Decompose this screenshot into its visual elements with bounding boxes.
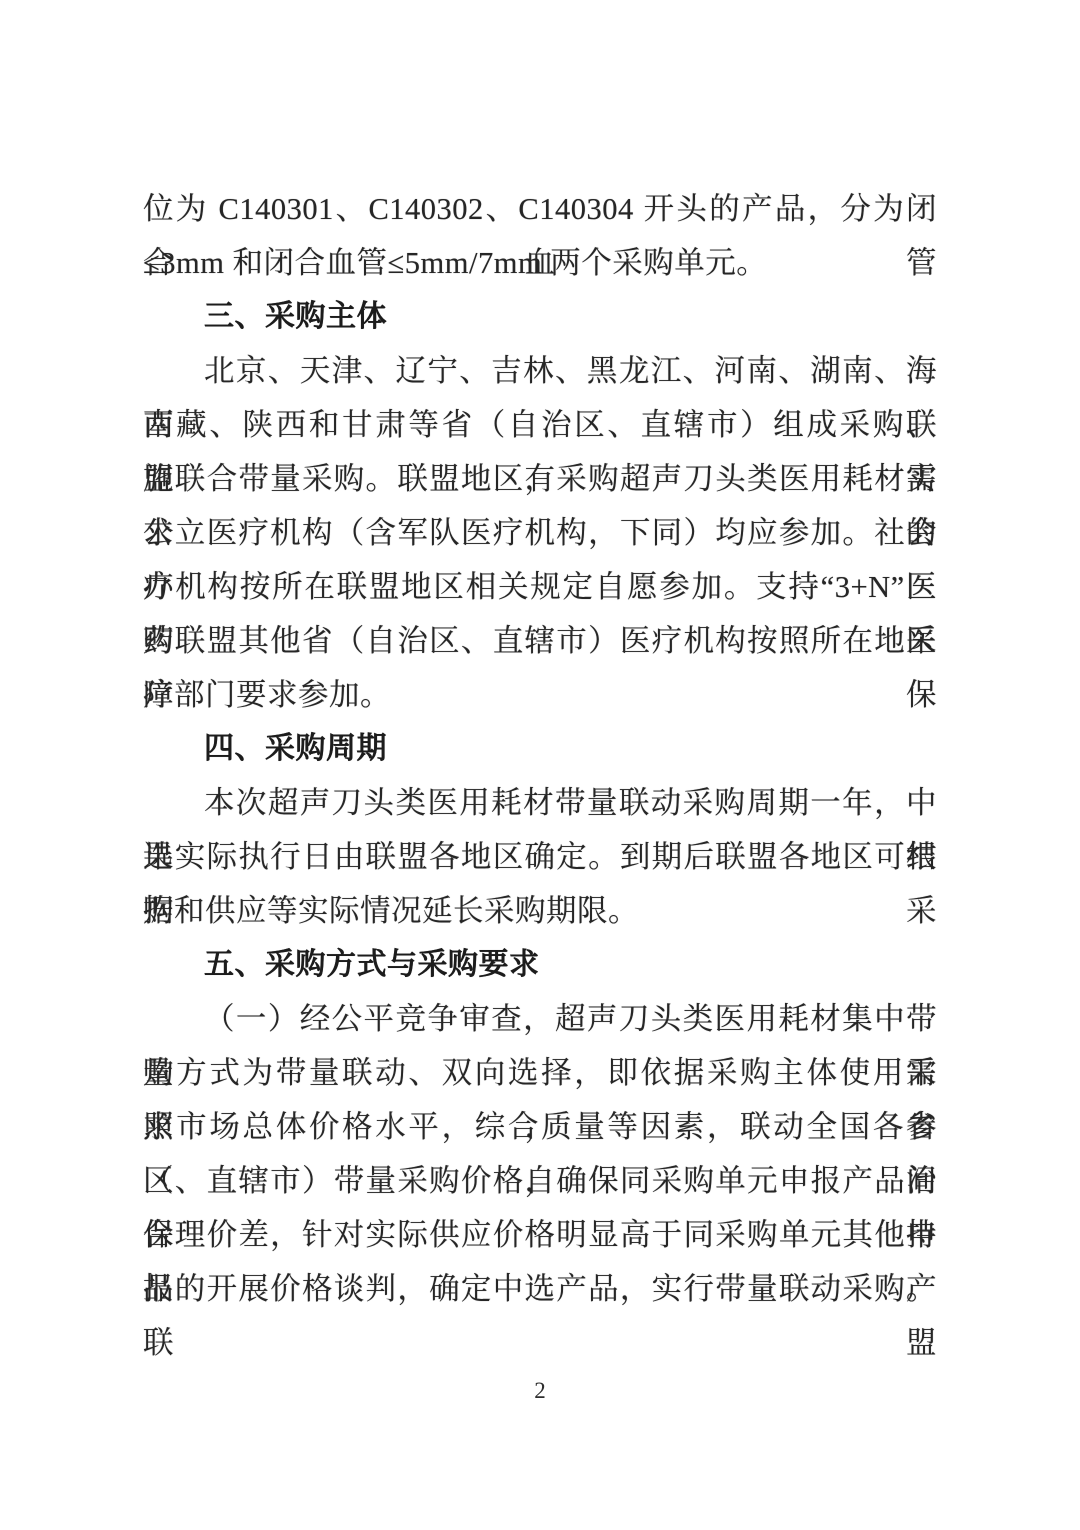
text-line: 疗机构按所在联盟地区相关规定自愿参加。支持“3+N”医药采 [143,560,937,614]
text-line: （一）经公平竞争审查，超声刀头类医用耗材集中带量采 [143,992,937,1046]
text-line: 购方式为带量联动、双向选择，即依据采购主体使用需求，参 [143,1046,937,1100]
document-page: 位为 C140301、C140302、C140304 开头的产品，分为闭合血管≤… [0,0,1080,1530]
text-line: 合理价差，针对实际供应价格明显高于同采购单元其他申报产 [143,1208,937,1262]
text-line: 购联盟其他省（自治区、直辖市）医疗机构按照所在地医疗保 [143,614,937,668]
text-line: 区、直辖市）带量采购价格，确保同采购单元申报产品间保持 [143,1154,937,1208]
section-heading: 三、采购主体 [143,290,937,344]
section-heading: 四、采购周期 [143,722,937,776]
text-line: 北京、天津、辽宁、吉林、黑龙江、河南、湖南、海南、 [143,344,937,398]
page-number: 2 [0,1378,1080,1404]
text-line: 本次超声刀头类医用耗材带量联动采购周期一年，中选结 [143,776,937,830]
text-line: 品的开展价格谈判，确定中选产品，实行带量联动采购。联盟 [143,1262,937,1316]
text-line: 位为 C140301、C140302、C140304 开头的产品，分为闭合血管 [143,182,937,236]
text-line: 西藏、陕西和甘肃等省（自治区、直辖市）组成采购联盟，实 [143,398,937,452]
text-line: 果实际执行日由联盟各地区确定。到期后联盟各地区可根据采 [143,830,937,884]
text-line: 施联合带量采购。联盟地区有采购超声刀头类医用耗材需求的 [143,452,937,506]
section-heading: 五、采购方式与采购要求 [143,938,937,992]
text-line: 照市场总体价格水平，综合质量等因素，联动全国各省（自治 [143,1100,937,1154]
document-body: 位为 C140301、C140302、C140304 开头的产品，分为闭合血管≤… [143,182,937,1316]
text-line: 公立医疗机构（含军队医疗机构，下同）均应参加。社会办医 [143,506,937,560]
